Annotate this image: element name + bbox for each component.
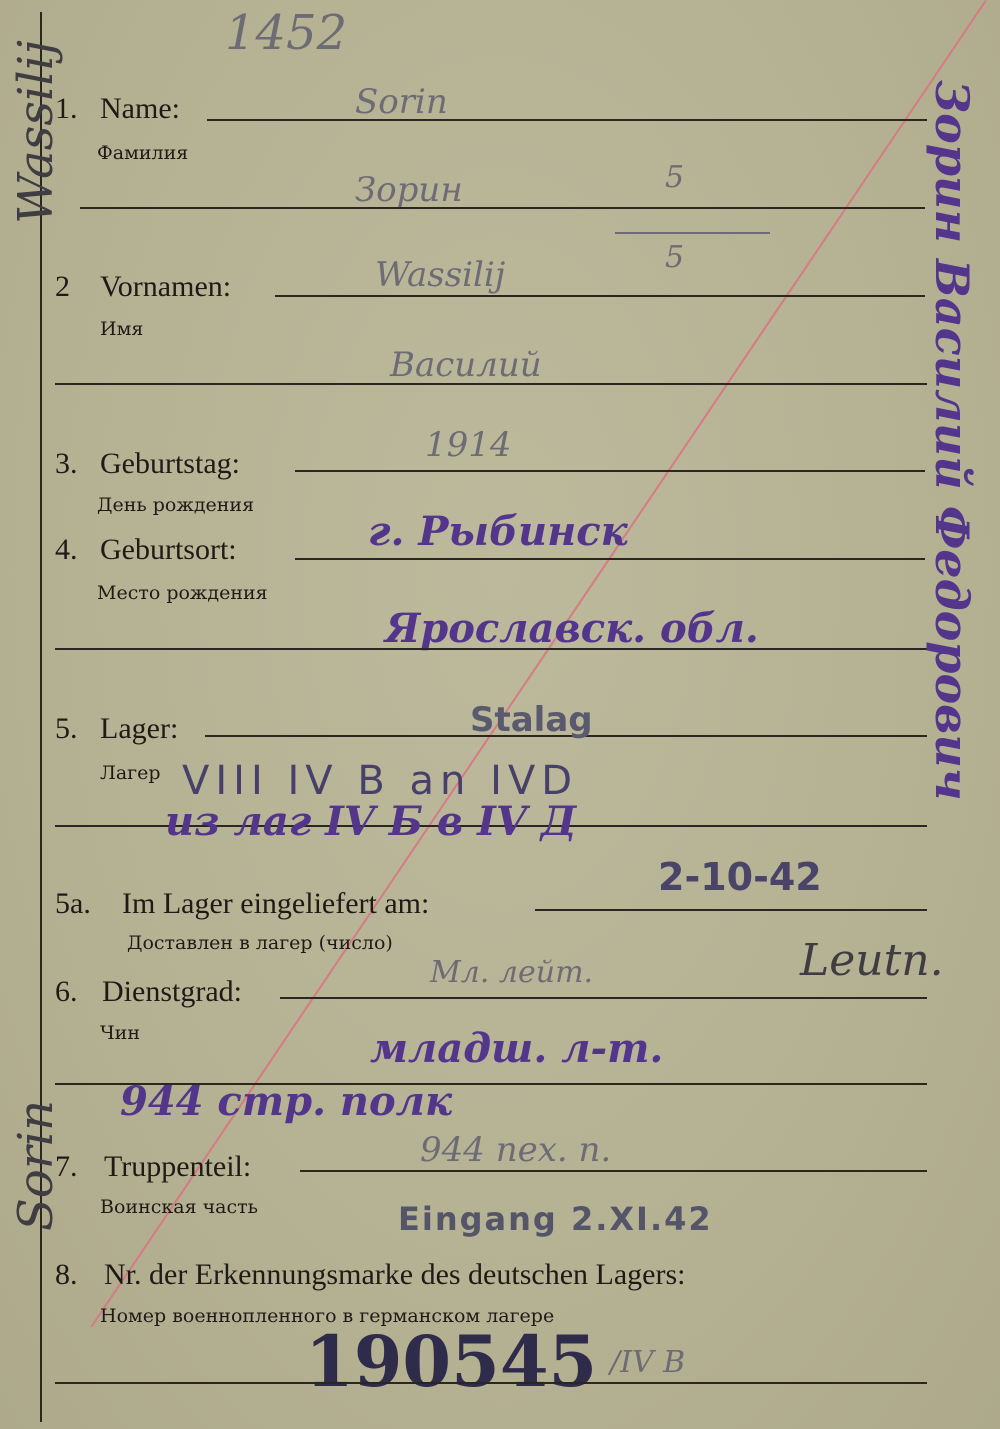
erkennungsmarke-label: Nr. der Erkennungsmarke des deutschen La…	[104, 1258, 685, 1292]
name-label: Name:	[100, 92, 180, 126]
right-margin-note: Зорин Василий Федорович	[925, 80, 979, 801]
lager-sublabel: Лагер	[100, 762, 161, 784]
name-sublabel: Фамилия	[97, 142, 188, 164]
pow-number-suffix: /IV B	[610, 1345, 685, 1380]
card-number: 1452	[225, 5, 347, 61]
vornamen-label: Vornamen:	[100, 270, 231, 304]
eingeliefert-number: 5a.	[55, 887, 91, 921]
name-value-cyrillic: Зорин	[355, 170, 463, 210]
vornamen-value-latin: Wassilij	[375, 255, 505, 295]
dienstgrad-sublabel: Чин	[100, 1022, 140, 1044]
stalag-stamp: Stalag	[470, 700, 593, 740]
left-margin-note-bottom: Sorin	[8, 1100, 64, 1231]
name-value-latin: Sorin	[355, 82, 448, 122]
dienstgrad-label: Dienstgrad:	[102, 975, 242, 1009]
geburtstag-sublabel: День рождения	[97, 494, 254, 516]
eingeliefert-sublabel: Доставлен в лагер (число)	[127, 932, 393, 954]
fraction-top: 5	[665, 160, 684, 195]
lager-handwritten: из лаг IV Б в IV Д	[165, 798, 576, 845]
eingang-stamp: Eingang 2.XI.42	[398, 1200, 713, 1238]
truppenteil-label: Truppenteil:	[104, 1150, 251, 1184]
eingeliefert-label: Im Lager eingeliefert am:	[122, 887, 429, 921]
red-pencil-strike	[90, 0, 986, 1328]
geburtstag-label: Geburtstag:	[100, 447, 240, 481]
vornamen-sublabel: Имя	[100, 318, 143, 340]
truppenteil-value-pencil: 944 пех. п.	[420, 1130, 611, 1170]
dienstgrad-value-ink: младш. л-т.	[370, 1025, 663, 1072]
lager-label: Lager:	[100, 712, 178, 746]
vornamen-number: 2	[55, 270, 70, 304]
vornamen-value-cyrillic: Василий	[390, 345, 542, 385]
geburtsort-number: 4.	[55, 533, 78, 567]
pow-registration-card: 1452 1. Name: Фамилия Sorin Зорин 5 5 2 …	[0, 0, 1000, 1429]
geburtsort-sublabel: Место рождения	[97, 582, 268, 604]
geburtstag-number: 3.	[55, 447, 78, 481]
dienstgrad-number: 6.	[55, 975, 78, 1009]
dienstgrad-value-pencil: Мл. лейт.	[430, 955, 593, 990]
eingeliefert-date-stamp: 2-10-42	[658, 855, 822, 899]
erkennungsmarke-number: 8.	[55, 1258, 78, 1292]
left-margin-note-top: Wassilij	[8, 40, 64, 224]
geburtstag-value: 1914	[425, 425, 512, 465]
truppenteil-value-ink: 944 стр. полк	[120, 1078, 452, 1125]
geburtsort-value-line1: г. Рыбинск	[368, 508, 628, 555]
lager-number: 5.	[55, 712, 78, 746]
truppenteil-sublabel: Воинская часть	[100, 1196, 258, 1218]
dienstgrad-value-latin: Leutn.	[800, 935, 944, 986]
fraction-bottom: 5	[665, 240, 684, 275]
pow-number-stamp: 190545	[305, 1320, 597, 1403]
geburtsort-value-line2: Ярославск. обл.	[385, 605, 759, 652]
geburtsort-label: Geburtsort:	[100, 533, 237, 567]
